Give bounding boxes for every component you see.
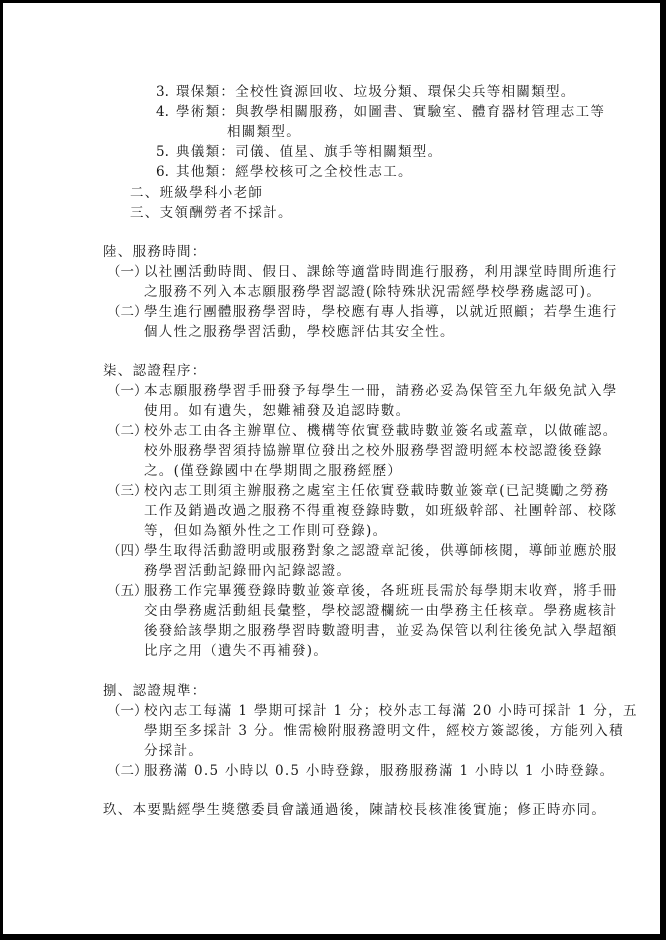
clause-continuation: 之服務不列入本志願服務學習認證(除特殊狀況需經學校學務處認可)。 (144, 282, 601, 302)
section-heading: 柒、認證程序： (103, 361, 207, 381)
sub-item: 三、支領酬勞者不採計。 (130, 203, 293, 223)
clause-text: 本志願服務學習手冊發予每學生一冊，請務必妥為保管至九年級免試入學 (144, 383, 618, 399)
item-number: 6. (156, 162, 176, 182)
clause-text: 學生進行團體服務學習時，學校應有專人指導，以就近照顧；若學生進行 (144, 304, 618, 320)
clause-label: （五） (107, 581, 144, 601)
item-text: 學術類：與教學相關服務，如圖書、實驗室、體育器材管理志工等 (176, 104, 605, 120)
sub-item: 二、班級學科小老師 (130, 183, 263, 203)
section-heading: 陸、服務時間： (103, 242, 207, 262)
list-item: 5.典儀類：司儀、值星、旗手等相關類型。 (156, 142, 442, 162)
clause-label: （四） (107, 541, 144, 561)
clause-continuation: 務學習活動記錄冊內記錄認證。 (144, 561, 351, 581)
clause-continuation: 使用。如有遺失，恕難補發及追認時數。 (144, 401, 410, 421)
clause-line: （三）校內志工則須主辦服務之處室主任依實登載時數並簽章(已記獎勵之勞務 (107, 481, 609, 501)
clause-continuation: 學期至多採計 3 分。惟需檢附服務證明文件，經校方簽認後，方能列入積 (144, 721, 624, 741)
clause-line: （五）服務工作完畢獲登錄時數並簽章後，各班班長需於每學期末收齊，將手冊 (107, 581, 618, 601)
item-number: 3. (156, 82, 176, 102)
clause-text: 學生取得活動證明或服務對象之認證章記後，供導師核閱，導師並應於服 (144, 543, 618, 559)
clause-line: （二）服務滿 0.5 小時以 0.5 小時登錄，服務服務滿 1 小時以 1 小時… (107, 761, 614, 781)
clause-continuation: 工作及銷過改過之服務不得重複登錄時數，如班級幹部、社團幹部、校隊 (144, 501, 618, 521)
clause-continuation: 等，但如為額外性之工作則可登錄)。 (144, 521, 387, 541)
clause-continuation: 分採計。 (144, 741, 203, 761)
clause-label: （一） (107, 381, 144, 401)
clause-label: （二） (107, 421, 144, 441)
clause-line: （一）校內志工每滿 1 學期可採計 1 分；校外志工每滿 20 小時可採計 1 … (107, 701, 638, 721)
list-item: 4.學術類：與教學相關服務，如圖書、實驗室、體育器材管理志工等 (156, 102, 605, 122)
clause-text: 服務滿 0.5 小時以 0.5 小時登錄，服務服務滿 1 小時以 1 小時登錄。 (144, 763, 614, 779)
list-item: 3.環保類：全校性資源回收、垃圾分類、環保尖兵等相關類型。 (156, 82, 576, 102)
section-statement: 玖、本要點經學生獎懲委員會議通過後，陳請校長核准後實施；修正時亦同。 (103, 800, 606, 820)
clause-text: 以社團活動時間、假日、課餘等適當時間進行服務，利用課堂時間所進行 (144, 264, 618, 280)
clause-text: 服務工作完畢獲登錄時數並簽章後，各班班長需於每學期末收齊，將手冊 (144, 583, 618, 599)
clause-line: （一）以社團活動時間、假日、課餘等適當時間進行服務，利用課堂時間所進行 (107, 262, 618, 282)
clause-line: （一）本志願服務學習手冊發予每學生一冊，請務必妥為保管至九年級免試入學 (107, 381, 618, 401)
clause-label: （二） (107, 302, 144, 322)
clause-continuation: 後發給該學期之服務學習時數證明書，並妥為保管以利往後免試入學超額 (144, 621, 618, 641)
clause-label: （三） (107, 481, 144, 501)
clause-continuation: 之。(僅登錄國中在學期間之服務經歷） (144, 461, 402, 481)
item-text: 其他類：經學校核可之全校性志工。 (176, 164, 413, 180)
clause-text: 校內志工則須主辦服務之處室主任依實登載時數並簽章(已記獎勵之勞務 (144, 483, 609, 499)
clause-label: （一） (107, 262, 144, 282)
item-number: 5. (156, 142, 176, 162)
section-heading: 捌、認證規準： (103, 681, 207, 701)
item-text: 環保類：全校性資源回收、垃圾分類、環保尖兵等相關類型。 (176, 84, 576, 100)
clause-continuation: 個人性之服務學習活動，學校應評估其安全性。 (144, 322, 455, 342)
clause-label: （二） (107, 761, 144, 781)
clause-continuation: 比序之用（遺失不再補發)。 (144, 641, 328, 661)
item-continuation: 相關類型。 (227, 122, 301, 142)
clause-label: （一） (107, 701, 144, 721)
item-text: 典儀類：司儀、值星、旗手等相關類型。 (176, 144, 442, 160)
clause-line: （四）學生取得活動證明或服務對象之認證章記後，供導師核閱，導師並應於服 (107, 541, 618, 561)
clause-continuation: 交由學務處活動組長彙整，學校認證欄統一由學務主任核章。學務處核計 (144, 601, 618, 621)
clause-line: （二）學生進行團體服務學習時，學校應有專人指導，以就近照顧；若學生進行 (107, 302, 618, 322)
list-item: 6.其他類：經學校核可之全校性志工。 (156, 162, 413, 182)
item-number: 4. (156, 102, 176, 122)
clause-text: 校外志工由各主辦單位、機構等依實登載時數並簽名或蓋章，以做確認。 (144, 423, 618, 439)
clause-line: （二）校外志工由各主辦單位、機構等依實登載時數並簽名或蓋章，以做確認。 (107, 421, 618, 441)
clause-text: 校內志工每滿 1 學期可採計 1 分；校外志工每滿 20 小時可採計 1 分，五 (144, 703, 638, 719)
clause-continuation: 校外服務學習須持協辦單位發出之校外服務學習證明經本校認證後登錄 (144, 441, 603, 461)
